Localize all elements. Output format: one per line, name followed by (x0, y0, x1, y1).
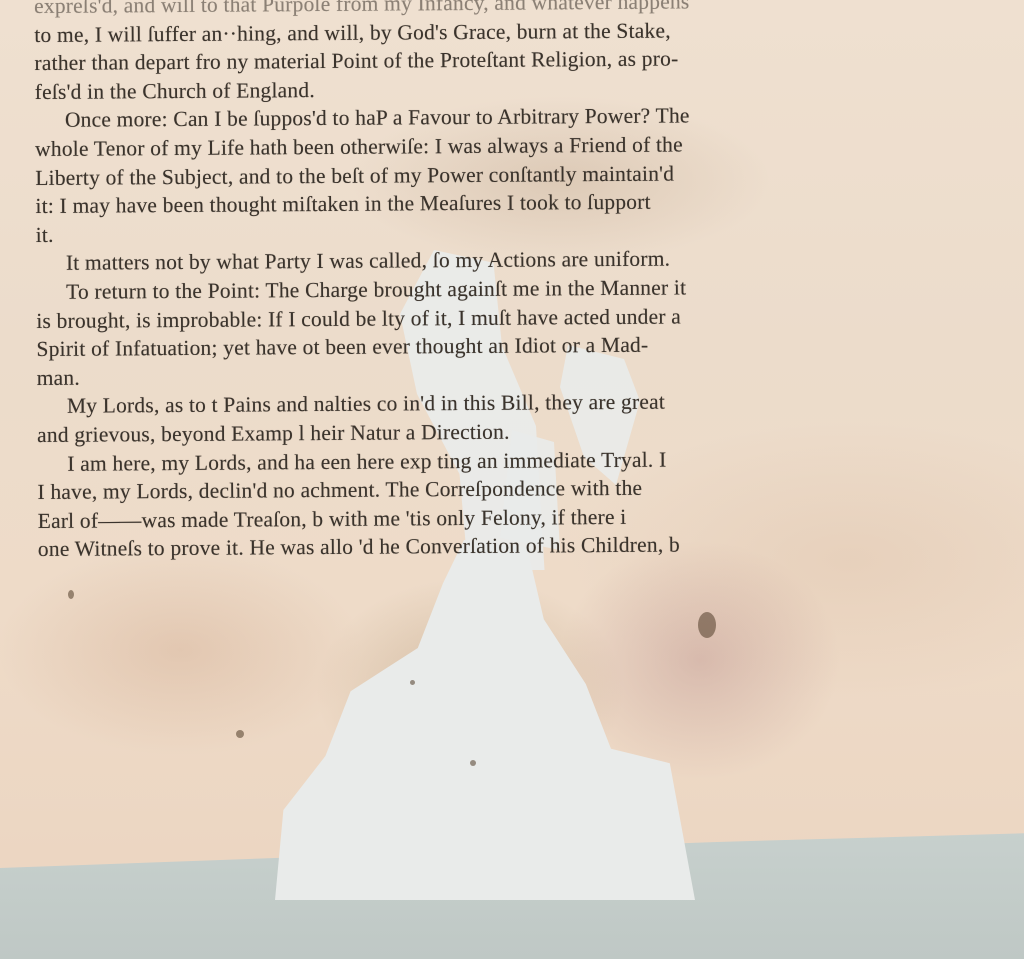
printed-text-block: expreſs'd, and will to that Purpoſe from… (34, 0, 1024, 564)
stain-spot (698, 612, 716, 638)
stain-spot (470, 760, 476, 766)
stain-spot (410, 680, 415, 685)
stain-spot (236, 730, 244, 738)
stain-spot (68, 590, 74, 599)
